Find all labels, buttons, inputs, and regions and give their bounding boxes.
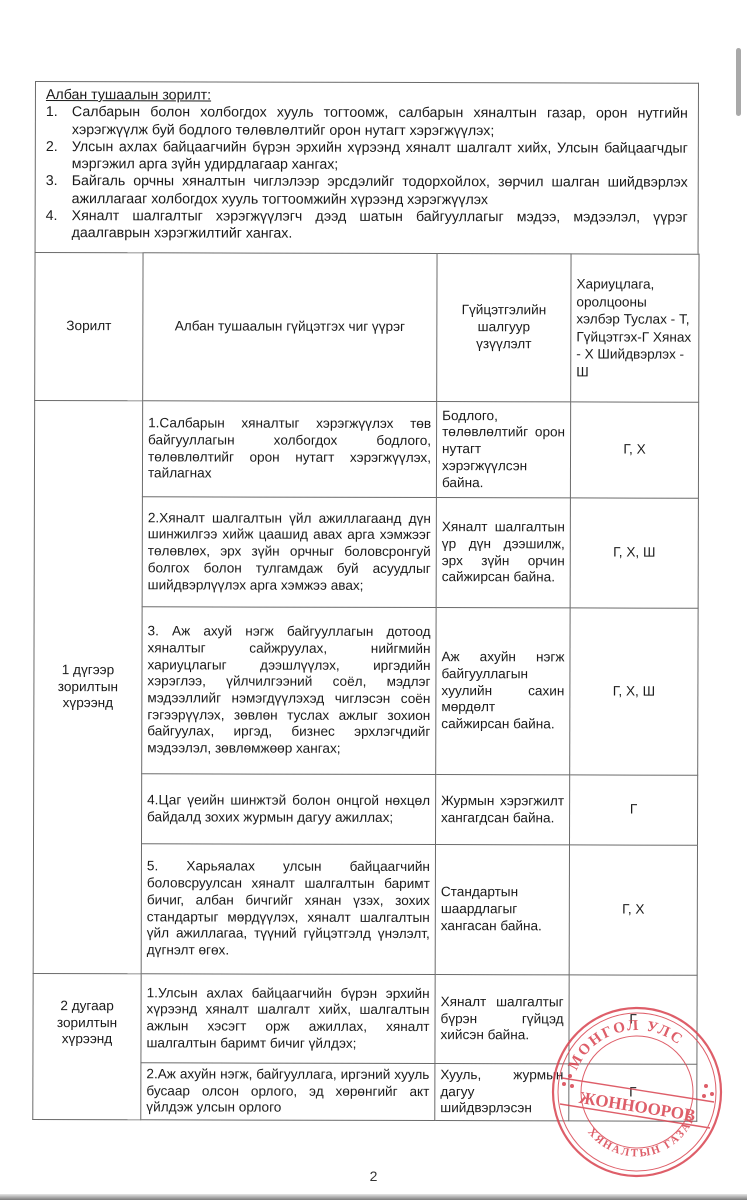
document-page: Албан тушаалын зорилт: 1.Салбарын болон … <box>32 81 699 1122</box>
objective-number: 4. <box>46 208 58 225</box>
criteria-cell: Хууль, журмын дагуу шийдвэрлэсэн <box>435 1064 569 1121</box>
role-cell: Г <box>569 975 697 1064</box>
duty-cell: 1.Улсын ахлах байцаагчийн бүрэн эрхийн х… <box>141 974 435 1064</box>
goal-cell: 1 дүгээр зорилтын хүрээнд <box>33 401 142 974</box>
table-row: 1 дүгээр зорилтын хүрээнд 1.Салбарын хян… <box>34 401 698 499</box>
role-cell: Г, Х <box>569 845 697 975</box>
duty-cell: 3. Аж ахуй нэгж байгууллагын дотоод хяна… <box>142 607 436 775</box>
objective-number: 1. <box>46 104 58 121</box>
criteria-cell: Хяналт шалгалтыг бүрэн гүйцэд хийсэн бай… <box>435 975 569 1064</box>
objective-item: 3.Байгаль орчны хяналтын чиглэлээр эрсдэ… <box>46 174 688 210</box>
role-cell: Г, Х <box>570 402 698 498</box>
header-goal: Зорилт <box>35 253 143 401</box>
page-number: 2 <box>0 1168 747 1184</box>
objective-text: Салбарын болон холбогдох хууль тогтоомж,… <box>72 104 688 138</box>
duty-cell: 2.Хяналт шалгалтын үйл ажиллагаанд дүн ш… <box>142 497 436 608</box>
duty-cell: 4.Цаг үеийн шинжтэй болон онцгой нөхцөл … <box>142 774 436 845</box>
objectives-section: Албан тушаалын зорилт: 1.Салбарын болон … <box>35 81 699 254</box>
table-header-row: Зорилт Албан тушаалын гүйцэтгэх чиг үүрэ… <box>35 253 699 403</box>
criteria-cell: Хяналт шалгалтын үр дүн дээшилж, эрх зүй… <box>436 498 570 608</box>
criteria-cell: Аж ахуйн нэгж байгууллагын хуулийн сахин… <box>436 608 570 775</box>
criteria-cell: Стандартын шаардлагыг хангасан байна. <box>435 845 569 975</box>
table-row: 2 дугаар зорилтын хүрээнд 1.Улсын ахлах … <box>33 973 697 1064</box>
role-cell: Г, Х, Ш <box>570 608 698 775</box>
objective-item: 4. Хяналт шалгалтыг хэрэгжүүлэгч дээд ша… <box>46 208 688 244</box>
role-cell: Г <box>569 1064 697 1121</box>
header-duty: Албан тушаалын гүйцэтгэх чиг үүрэг <box>143 253 437 402</box>
role-cell: Г, Х, Ш <box>570 498 698 608</box>
scrollbar-thumb[interactable] <box>736 48 741 116</box>
duty-cell: 1.Салбарын хяналтыг хэрэгжүүлэх төв байг… <box>142 401 436 498</box>
objectives-list: 1.Салбарын болон холбогдох хууль тогтоом… <box>46 104 688 244</box>
objective-item: 1.Салбарын болон холбогдох хууль тогтоом… <box>46 104 688 140</box>
objective-text: Улсын ахлах байцаагчийн бүрэн эрхийн хүр… <box>72 139 688 173</box>
objective-item: 2.Улсын ахлах байцаагчийн бүрэн эрхийн х… <box>46 139 688 175</box>
objective-number: 2. <box>46 139 58 156</box>
objective-number: 3. <box>46 174 58 191</box>
duties-table: Зорилт Албан тушаалын гүйцэтгэх чиг үүрэ… <box>32 252 699 1122</box>
criteria-cell: Журмын хэрэгжилт хангагдсан байна. <box>436 775 570 845</box>
header-criteria: Гүйцэтгэлийн шалгуур үзүүлэлт <box>437 254 571 402</box>
objective-text: Байгаль орчны хяналтын чиглэлээр эрсдэли… <box>72 174 688 208</box>
objective-text: Хяналт шалгалтыг хэрэгжүүлэгч дээд шатын… <box>72 208 688 242</box>
duty-cell: 2.Аж ахуйн нэгж, байгууллага, иргэний ху… <box>141 1063 435 1121</box>
goal-cell: 2 дугаар зорилтын хүрээнд <box>33 973 141 1119</box>
duty-cell: 5. Харьяалах улсын байцаагчийн боловсруу… <box>141 844 435 975</box>
role-cell: Г <box>570 775 698 845</box>
objectives-title: Албан тушаалын зорилт: <box>46 87 688 106</box>
page-bottom-edge <box>0 1194 747 1200</box>
criteria-cell: Бодлого, төлөвлөлтийг орон нутагт хэрэгж… <box>436 402 570 498</box>
header-role: Хариуцлага, оролцооны хэлбэр Туслах - Т,… <box>571 254 699 402</box>
